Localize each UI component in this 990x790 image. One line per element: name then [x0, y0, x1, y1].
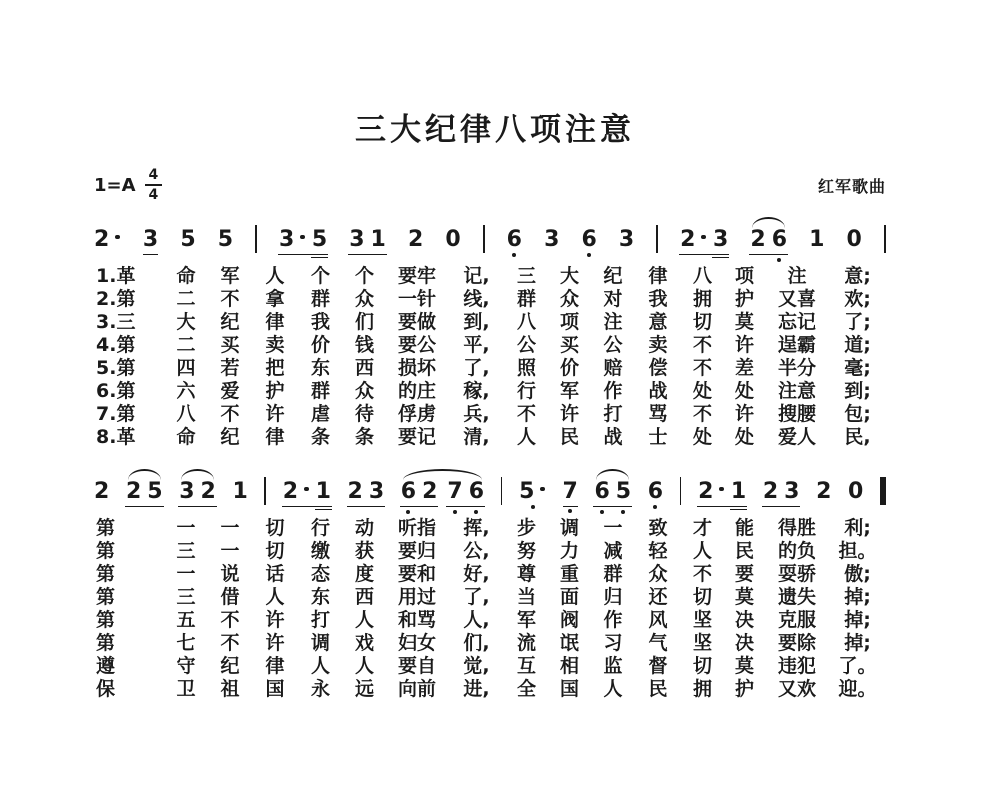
low-octave-dot-icon [600, 510, 604, 514]
lyric-cell: 借 [208, 588, 252, 607]
note: 2 [763, 481, 778, 503]
beamed-run: 23 [763, 481, 800, 503]
lyric-cell: 处 [724, 382, 765, 401]
beam-underline [125, 506, 164, 508]
augmentation-dot-icon [300, 235, 305, 240]
note: 3 [619, 229, 634, 261]
augmentation-dot-icon [115, 235, 120, 240]
lyric-cell: 律 [252, 428, 298, 447]
lyric-cell: 八 [681, 267, 724, 286]
lyric-cell: 卫 [164, 680, 208, 699]
note: 3 [369, 481, 384, 503]
lyric-cell: 许 [252, 405, 298, 424]
lyric-cell: 律 [252, 313, 298, 332]
lyric-cell: 调 [298, 634, 343, 653]
lyric-line: 遵守纪律人人要自觉,互相监督切莫违犯了。 [94, 655, 886, 678]
lyric-cell: 永 [298, 680, 343, 699]
lyric-cell: 条 [343, 428, 386, 447]
lyric-cell: 照 [505, 359, 548, 378]
lyric-cell: 4.第 [94, 336, 164, 355]
lyric-cell: 三 [505, 267, 548, 286]
lyric-cell: 注意 [765, 382, 829, 401]
lyric-cell: 护 [724, 680, 765, 699]
lyric-cell: 二 [164, 336, 208, 355]
lyric-cell: 要做 [386, 313, 448, 332]
low-octave-dot-icon [406, 510, 410, 514]
note-digit: 5 [218, 227, 233, 252]
time-numerator: 4 [145, 168, 163, 186]
note: 6 [594, 481, 609, 503]
note-digit: 5 [147, 479, 162, 504]
beamed-run: 26 [750, 229, 787, 251]
lyric-cell: 掉; [829, 611, 886, 630]
note: 3 [349, 229, 364, 251]
note: 7 [447, 481, 462, 503]
lyric-cell: 处 [681, 428, 724, 447]
lyric-line: 第一一切行动听指挥,步调一致才能得胜利; [94, 517, 886, 540]
lyric-cell: 尊 [505, 565, 548, 584]
lyric-cell: 纪 [208, 313, 252, 332]
barline [501, 477, 503, 505]
lyric-cell: 进, [448, 680, 505, 699]
lyric-cell: 得胜 [765, 519, 829, 538]
lyric-cell: 要自 [386, 657, 448, 676]
note-digit: 0 [445, 227, 460, 252]
key-label: 1=A [94, 175, 136, 196]
lyric-cell: 护 [252, 382, 298, 401]
lyric-cell: 卖 [635, 336, 681, 355]
lyric-cell: 向前 [386, 680, 448, 699]
lyric-cell: 七 [164, 634, 208, 653]
lyric-cell: 相 [548, 657, 591, 676]
lyric-cell: 众 [548, 290, 591, 309]
lyric-cell: 人 [505, 428, 548, 447]
lyric-cell: 要除 [765, 634, 829, 653]
note: 6 [581, 229, 596, 261]
note-group: 23 [763, 481, 800, 513]
lyric-cell: 清, [448, 428, 505, 447]
lyric-cell: 督 [635, 657, 681, 676]
lyric-cell: 众 [635, 565, 681, 584]
low-octave-dot-icon [453, 510, 457, 514]
lyric-cell: 公, [448, 542, 505, 561]
barline [255, 225, 257, 253]
lyric-cell: 忘记 [765, 313, 829, 332]
note: 7 [563, 481, 578, 513]
beam-underline [762, 506, 801, 508]
note-digit: 3 [784, 479, 799, 504]
note-digit: 3 [349, 227, 364, 252]
augmentation-dot-icon [719, 487, 724, 492]
meta-row: 1=A 4 4 红军歌曲 [94, 165, 886, 205]
note: 0 [847, 229, 862, 261]
lyric-cell: 守 [164, 657, 208, 676]
note: 1 [731, 481, 746, 503]
lyrics-block-2: 第一一切行动听指挥,步调一致才能得胜利;第三一切缴获要归公,努力减轻人民的负担。… [94, 517, 886, 701]
lyric-cell: 迎。 [829, 680, 886, 699]
barline [884, 225, 886, 253]
lyric-cell: 不 [208, 634, 252, 653]
note: 1 [232, 481, 247, 513]
lyric-cell: 纪 [208, 428, 252, 447]
lyric-cell: 许 [724, 336, 765, 355]
lyric-cell: 骂 [635, 405, 681, 424]
lyric-cell: 第 [94, 634, 164, 653]
lyric-cell: 不 [505, 405, 548, 424]
lyric-cell: 偿 [635, 359, 681, 378]
lyric-cell: 克服 [765, 611, 829, 630]
lyric-cell: 一 [164, 519, 208, 538]
lyric-cell: 西 [343, 588, 386, 607]
low-octave-dot-icon [474, 510, 478, 514]
lyric-cell: 军 [548, 382, 591, 401]
lyric-cell: 步 [505, 519, 548, 538]
lyric-cell: 战 [635, 382, 681, 401]
lyric-cell: 一 [591, 519, 635, 538]
underline [311, 257, 328, 259]
lyric-line: 2.第二不拿群众一针线,群众对我拥护又喜欢; [94, 288, 886, 311]
note: 3 [544, 229, 559, 261]
lyric-cell: 遗失 [765, 588, 829, 607]
beamed-run: 65 [594, 481, 631, 503]
lyric-line: 第一说话态度要和好,尊重群众不要耍骄傲; [94, 563, 886, 586]
note-group: 21 [283, 481, 331, 513]
lyric-cell: 欢; [829, 290, 886, 309]
lyric-cell: 公 [505, 336, 548, 355]
lyric-cell: 了, [448, 359, 505, 378]
low-octave-dot-icon [621, 510, 625, 514]
barline [483, 225, 485, 253]
lyric-cell: 一 [208, 542, 252, 561]
lyric-cell: 掉; [829, 634, 886, 653]
note-digit: 3 [619, 227, 634, 252]
lyric-cell: 了。 [829, 657, 886, 676]
note: 0 [848, 481, 863, 513]
note: 5 [312, 229, 327, 251]
note-group: 23 [680, 229, 728, 261]
lyric-cell: 的负 [765, 542, 829, 561]
lyric-cell: 线, [448, 290, 505, 309]
lyric-cell: 意 [635, 313, 681, 332]
note-digit: 7 [447, 479, 462, 504]
lyric-cell: 士 [635, 428, 681, 447]
lyric-cell: 违犯 [765, 657, 829, 676]
lyric-cell: 致 [635, 519, 681, 538]
lyric-cell: 四 [164, 359, 208, 378]
lyric-cell: 二 [164, 290, 208, 309]
time-denominator: 4 [149, 186, 159, 202]
key-signature: 1=A 4 4 [94, 168, 162, 202]
note-digit: 3 [279, 227, 294, 252]
lyric-cell: 话 [252, 565, 298, 584]
lyric-cell: 纪 [208, 657, 252, 676]
note: 2 [422, 481, 437, 503]
lyric-cell: 1.革 [94, 267, 164, 286]
beamed-run: 62 [401, 481, 438, 503]
note-group: 23 [348, 481, 385, 513]
note: 2 [201, 481, 216, 503]
lyric-cell: 3.三 [94, 313, 164, 332]
lyric-cell: 人 [252, 267, 298, 286]
lyric-cell: 掉; [829, 588, 886, 607]
lyric-cell: 调 [548, 519, 591, 538]
lyric-cell: 项 [548, 313, 591, 332]
beamed-run: 23 [348, 481, 385, 503]
lyric-cell: 赔 [591, 359, 635, 378]
note: 6 [648, 481, 663, 513]
lyric-cell: 买 [548, 336, 591, 355]
lyric-cell: 人, [448, 611, 505, 630]
lyric-cell: 作 [591, 382, 635, 401]
lyric-cell: 耍骄 [765, 565, 829, 584]
low-octave-dot-icon [531, 505, 535, 509]
lyric-cell: 军 [505, 611, 548, 630]
lyric-cell: 力 [548, 542, 591, 561]
beam-underline [593, 506, 632, 508]
beam-underline [348, 254, 387, 256]
lyric-line: 7.第八不许虐待俘虏兵,不许打骂不许搜腰包; [94, 403, 886, 426]
lyric-cell: 对 [591, 290, 635, 309]
note-group: 65 [594, 481, 631, 513]
lyric-cell: 拿 [252, 290, 298, 309]
note-digit: 2 [763, 479, 778, 504]
lyric-cell: 民 [635, 680, 681, 699]
note: 6 [772, 229, 787, 251]
lyric-cell: 价 [298, 336, 343, 355]
note-digit: 3 [544, 227, 559, 252]
lyric-cell: 一针 [386, 290, 448, 309]
lyric-cell: 莫 [724, 588, 765, 607]
note-group: 25 [126, 481, 163, 513]
note: 2 [680, 229, 707, 251]
lyric-cell: 努 [505, 542, 548, 561]
lyric-cell: 一 [208, 519, 252, 538]
barline [656, 225, 658, 253]
lyric-cell: 好, [448, 565, 505, 584]
lyric-cell: 面 [548, 588, 591, 607]
lyric-cell: 许 [252, 634, 298, 653]
time-signature: 4 4 [145, 168, 163, 202]
lyric-cell: 民, [829, 428, 886, 447]
note-digit: 2 [698, 479, 713, 504]
lyric-cell: 平, [448, 336, 505, 355]
lyric-cell: 毫; [829, 359, 886, 378]
lyric-cell: 三 [164, 588, 208, 607]
beam-underline [679, 254, 729, 256]
lyric-cell: 了, [448, 588, 505, 607]
note-digit: 2 [201, 479, 216, 504]
lyric-cell: 祖 [208, 680, 252, 699]
augmentation-dot-icon [304, 487, 309, 492]
note: 1 [316, 481, 331, 503]
lyric-cell: 第 [94, 588, 164, 607]
lyric-line: 8.革命纪律条条要记清,人民战士处处爱人民, [94, 426, 886, 449]
note-digit: 1 [731, 479, 746, 504]
lyric-cell: 轻 [635, 542, 681, 561]
final-barline [880, 477, 886, 505]
lyric-line: 第三借人东西用过了,当面归还切莫遗失掉; [94, 586, 886, 609]
lyric-cell: 第 [94, 611, 164, 630]
lyric-line: 5.第四若把东西损坏了,照价赔偿不差半分毫; [94, 357, 886, 380]
note-digit: 2 [750, 227, 765, 252]
lyric-cell: 处 [724, 428, 765, 447]
lyric-cell: 许 [724, 405, 765, 424]
note-digit: 6 [772, 227, 787, 252]
lyric-cell: 逞霸 [765, 336, 829, 355]
lyric-cell: 第 [94, 519, 164, 538]
lyric-cell: 搜腰 [765, 405, 829, 424]
lyric-cell: 爱 [208, 382, 252, 401]
beamed-run: 21 [698, 481, 746, 503]
underline [563, 506, 578, 508]
note: 5 [519, 481, 546, 513]
lyrics-block-1: 1.革命军人个个要牢记,三大纪律八项注意;2.第二不拿群众一针线,群众对我拥护又… [94, 265, 886, 449]
note-digit: 3 [143, 227, 158, 252]
beam-underline [282, 506, 332, 508]
lyric-line: 4.第二买卖价钱要公平,公买公卖不许逞霸道; [94, 334, 886, 357]
beam-underline [347, 506, 386, 508]
beamed-run: 23 [680, 229, 728, 251]
note-digit: 6 [469, 479, 484, 504]
note-digit: 5 [180, 227, 195, 252]
notation-line-1: 23553531206363232610 [94, 209, 886, 261]
lyric-cell: 差 [724, 359, 765, 378]
lyric-cell: 公 [591, 336, 635, 355]
underline [730, 509, 747, 511]
lyric-cell: 莫 [724, 657, 765, 676]
note-digit: 2 [408, 227, 423, 252]
underline [712, 257, 729, 259]
lyric-cell: 傲; [829, 565, 886, 584]
lyric-cell: 要 [724, 565, 765, 584]
note: 5 [616, 481, 631, 503]
lyric-cell: 能 [724, 519, 765, 538]
lyric-cell: 不 [681, 565, 724, 584]
lyric-cell: 莫 [724, 313, 765, 332]
lyric-cell: 三 [164, 542, 208, 561]
lyric-cell: 打 [591, 405, 635, 424]
barline [680, 477, 682, 505]
lyric-cell: 打 [298, 611, 343, 630]
lyric-cell: 五 [164, 611, 208, 630]
lyric-cell: 钱 [343, 336, 386, 355]
lyric-cell: 了; [829, 313, 886, 332]
lyric-cell: 兵, [448, 405, 505, 424]
lyric-cell: 处 [681, 382, 724, 401]
lyric-cell: 第 [94, 565, 164, 584]
note-digit: 0 [847, 227, 862, 252]
low-octave-dot-icon [512, 253, 516, 257]
note-digit: 1 [316, 479, 331, 504]
lyric-cell: 习 [591, 634, 635, 653]
notation-line-2: 2253212123627657656212320 [94, 461, 886, 513]
lyric-cell: 注 [765, 267, 829, 286]
beamed-run: 21 [283, 481, 331, 503]
note: 6 [401, 481, 416, 503]
underline [143, 254, 158, 256]
beam-underline [178, 506, 217, 508]
lyric-cell: 群 [298, 290, 343, 309]
sheet-music-page: 三大纪律八项注意 1=A 4 4 红军歌曲 235535312063632326… [0, 0, 990, 790]
lyric-cell: 利; [829, 519, 886, 538]
lyric-cell: 命 [164, 267, 208, 286]
lyric-cell: 道; [829, 336, 886, 355]
lyric-cell: 要牢 [386, 267, 448, 286]
lyric-cell: 当 [505, 588, 548, 607]
lyric-line: 3.三大纪律我们要做到,八项注意切莫忘记了; [94, 311, 886, 334]
lyric-cell: 大 [548, 267, 591, 286]
note-digit: 5 [519, 479, 534, 504]
lyric-cell: 切 [681, 313, 724, 332]
lyric-cell: 人 [591, 680, 635, 699]
lyric-cell: 律 [635, 267, 681, 286]
lyric-cell: 又喜 [765, 290, 829, 309]
note: 2 [126, 481, 141, 503]
note-digit: 6 [401, 479, 416, 504]
lyric-cell: 律 [252, 657, 298, 676]
lyric-cell: 态 [298, 565, 343, 584]
beam-underline [697, 506, 747, 508]
note-digit: 6 [594, 479, 609, 504]
lyric-line: 第七不许调戏妇女们,流氓习气坚决要除掉; [94, 632, 886, 655]
lyric-cell: 才 [681, 519, 724, 538]
lyric-cell: 众 [343, 290, 386, 309]
lyric-cell: 一 [164, 565, 208, 584]
note-group: 31 [349, 229, 386, 261]
note-digit: 1 [809, 227, 824, 252]
lyric-cell: 把 [252, 359, 298, 378]
lyric-line: 保卫祖国永远向前进,全国人民拥护又欢迎。 [94, 678, 886, 701]
lyric-cell: 包; [829, 405, 886, 424]
lyric-cell: 西 [343, 359, 386, 378]
note-digit: 1 [371, 227, 386, 252]
lyric-cell: 要和 [386, 565, 448, 584]
lyric-cell: 若 [208, 359, 252, 378]
low-octave-dot-icon [568, 509, 572, 513]
note-group: 32 [179, 481, 216, 513]
lyric-cell: 还 [635, 588, 681, 607]
note: 6 [507, 229, 522, 261]
note-digit: 2 [94, 479, 109, 504]
note: 2 [348, 481, 363, 503]
lyric-cell: 注 [591, 313, 635, 332]
note-digit: 6 [648, 479, 663, 504]
note-digit: 7 [563, 479, 578, 504]
lyric-cell: 要归 [386, 542, 448, 561]
lyric-cell: 不 [208, 611, 252, 630]
augmentation-dot-icon [540, 487, 545, 492]
lyric-cell: 7.第 [94, 405, 164, 424]
lyric-cell: 8.革 [94, 428, 164, 447]
lyric-cell: 行 [298, 519, 343, 538]
note-digit: 0 [848, 479, 863, 504]
lyric-line: 第三一切缴获要归公,努力减轻人民的负担。 [94, 540, 886, 563]
augmentation-dot-icon [701, 235, 706, 240]
lyric-cell: 爱人 [765, 428, 829, 447]
lyric-cell: 到, [448, 313, 505, 332]
lyric-cell: 人 [681, 542, 724, 561]
lyric-cell: 担。 [829, 542, 886, 561]
note-group: 35 [279, 229, 327, 261]
note-digit: 1 [232, 479, 247, 504]
lyric-cell: 风 [635, 611, 681, 630]
note-digit: 3 [179, 479, 194, 504]
lyric-cell: 坚 [681, 611, 724, 630]
lyric-cell: 卖 [252, 336, 298, 355]
note: 3 [143, 229, 158, 261]
lyric-cell: 人 [343, 657, 386, 676]
lyric-cell: 远 [343, 680, 386, 699]
